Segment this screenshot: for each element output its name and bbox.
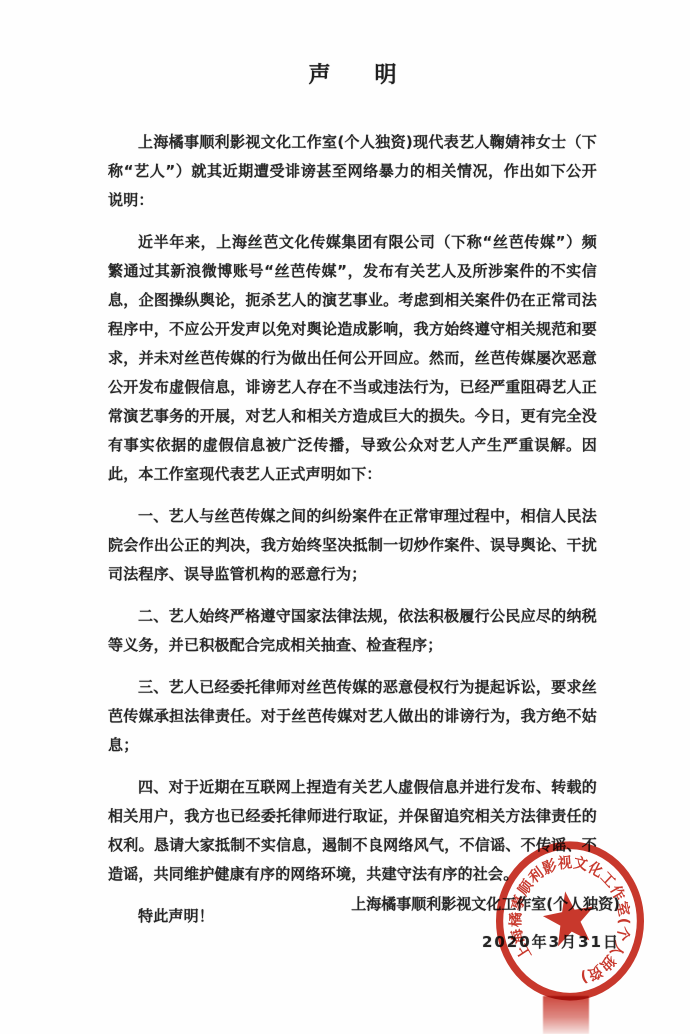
background-paragraph: 近半年来，上海丝芭文化传媒集团有限公司（下称“丝芭传媒”）频繁通过其新浪微博账号… (108, 228, 597, 489)
statement-item-1: 一、艺人与丝芭传媒之间的纠纷案件在正常审理过程中，相信人民法院会作出公正的判决，… (108, 502, 597, 589)
star-icon (540, 887, 599, 949)
official-seal-stamp: 上海橘事顺利影视文化工作室(个人独资) (490, 835, 650, 1007)
document-body: 声 明 上海橘事顺利影视文化工作室(个人独资)现代表艺人鞠婧祎女士（下称“艺人”… (0, 0, 690, 931)
document-title: 声 明 (108, 64, 597, 88)
intro-paragraph: 上海橘事顺利影视文化工作室(个人独资)现代表艺人鞠婧祎女士（下称“艺人”）就其近… (108, 128, 597, 215)
statement-item-2: 二、艺人始终严格遵守国家法律法规，依法积极履行公民应尽的纳税等义务，并已积极配合… (108, 602, 597, 660)
statement-document: 声 明 上海橘事顺利影视文化工作室(个人独资)现代表艺人鞠婧祎女士（下称“艺人”… (0, 0, 690, 1034)
statement-item-3: 三、艺人已经委托律师对丝芭传媒的恶意侵权行为提起诉讼，要求丝芭传媒承担法律责任。… (108, 673, 597, 760)
seal-handle-mark (543, 996, 589, 1034)
